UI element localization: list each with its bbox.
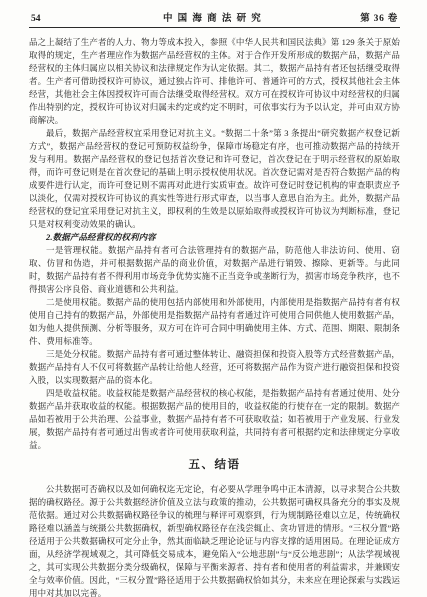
section-heading-conclusion: 五、结语 bbox=[29, 459, 400, 472]
paragraph-conclusion: 公共数据可否确权以及如何确权迄无定论，有必要从学理争鸣中正本清源，以寻求契合公共… bbox=[29, 483, 400, 597]
volume-label: 第 36 卷 bbox=[358, 10, 398, 24]
page-number: 54 bbox=[31, 14, 71, 24]
paragraph-disposal-power: 三是处分权能。数据产品持有者可通过整体转让、融资担保和投资入股等方式经营数据产品… bbox=[29, 348, 400, 387]
journal-title: 中国海商法研究 bbox=[71, 10, 358, 24]
paragraph-profit-power: 四是收益权能。收益权能是数据产品经营权的核心权能，是指数据产品持有者通过使用、处… bbox=[29, 387, 400, 452]
page-header: 54 中国海商法研究 第 36 卷 bbox=[29, 8, 400, 28]
paragraph-registration: 最后，数据产品经营权宜采用登记对抗主义。“数据二十条”第 3 条提出“研究数据产… bbox=[29, 127, 400, 231]
article-body: 品之上凝结了生产者的人力、物力等成本投入，参照《中华人民共和国民法典》第 129… bbox=[29, 36, 400, 597]
paragraph-ownership-continuation: 品之上凝结了生产者的人力、物力等成本投入，参照《中华人民共和国民法典》第 129… bbox=[29, 36, 400, 127]
subheading-rights-content: 2.数据产品经营权的权利内容 bbox=[29, 231, 400, 244]
journal-page: 54 中国海商法研究 第 36 卷 品之上凝结了生产者的人力、物力等成本投入，参… bbox=[0, 0, 427, 597]
paragraph-use-power: 二是使用权能。数据产品的使用包括内部使用和外部使用，内部使用是指数据产品持有者有… bbox=[29, 296, 400, 348]
paragraph-management-power: 一是管理权能。数据产品持有者可合法管理持有的数据产品，防范他人非法访问、使用、窃… bbox=[29, 244, 400, 296]
